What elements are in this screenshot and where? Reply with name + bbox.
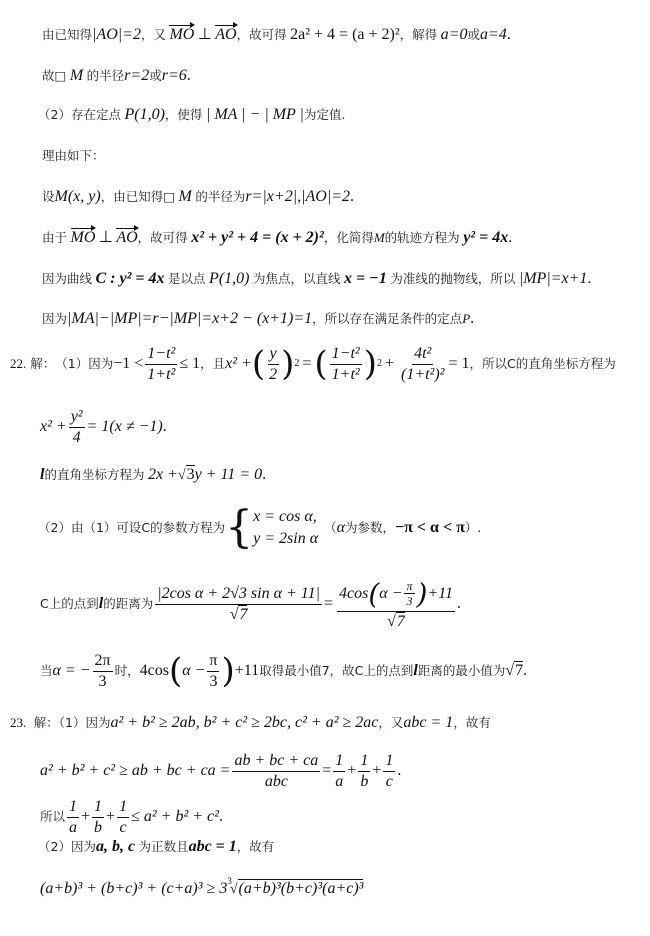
q23-part-2: （2）因为a, b, c 为正数且abc = 1，故有 xyxy=(38,838,274,857)
fraction: 4cos(α −π3)+11 √7 xyxy=(337,577,455,632)
q22-cartesian-equation: x² + y²4 = 1(x ≠ −1). xyxy=(40,405,167,449)
text-line-6: 由于 MO ⊥ AO，故可得 x² + y² + 4 = (x + 2)²，化简… xyxy=(42,229,512,248)
text-line-4: 理由如下： xyxy=(42,147,105,166)
q22-minimum: 当 α = − 2π3 时， 4cos(α − π3)+11 取得最小值7，故C… xyxy=(40,646,527,696)
text-line-8: 因为|MA|−|MP|=r−|MP|=x+2 − (x+1)=1，所以存在满足条… xyxy=(42,310,474,329)
question-number: 23. xyxy=(10,715,26,730)
equation: 2a² + 4 = (a + 2)² xyxy=(290,26,400,43)
parametric-system: x = cos α,y = 2sin α xyxy=(253,506,318,550)
fraction: 1−t²1+t² xyxy=(330,344,362,385)
vector-ao: AO xyxy=(116,229,137,247)
vector-mo: MO xyxy=(169,26,194,44)
missing-glyph-icon: □ xyxy=(55,68,67,83)
text-line-1: 由已知得|AO|=2，又 MO ⊥ AO，故可得 2a² + 4 = (a + … xyxy=(42,26,511,45)
question-number: 22. xyxy=(10,355,26,373)
q22-line-1: 22. 解： （1）因为 −1 < 1−t²1+t² ≤ 1，且 x² + (y… xyxy=(10,334,616,394)
fraction: y²4 xyxy=(69,407,85,448)
text-line-2: 故□ M 的半径r=2或r=6. xyxy=(42,67,191,86)
q22-line-l-equation: l的直角坐标方程为 2x +√3y + 11 = 0. xyxy=(40,466,266,485)
fraction: 4t²(1+t²)² xyxy=(399,344,447,385)
fraction: |2cos α + 2√3 sin α + 11|√7 xyxy=(155,584,322,625)
fraction: ab + bc + caabc xyxy=(232,751,320,792)
vector-ao: AO xyxy=(215,26,236,44)
q23-therefore: 所以 1a+ 1b+ 1c ≤ a² + b² + c². xyxy=(40,796,223,838)
fraction: π3 xyxy=(207,651,219,692)
text-line-3: （2）存在定点 P(1,0)，使得 | MA | − | MP |为定值. xyxy=(38,106,345,125)
fraction: 1c xyxy=(117,797,129,838)
q23-final-inequality: (a+b)³ + (b+c)³ + (c+a)³ ≥ 33√(a+b)³(b+c… xyxy=(40,880,363,899)
fraction: 1b xyxy=(358,751,370,792)
fraction: 1a xyxy=(67,797,79,838)
q23-sum: a² + b² + c² ≥ ab + bc + ca = ab + bc + … xyxy=(40,748,401,794)
fraction: 1−t²1+t² xyxy=(145,344,177,385)
fraction: 1b xyxy=(92,797,104,838)
missing-glyph-icon: □ xyxy=(163,189,175,204)
fraction: 1a xyxy=(333,751,345,792)
fraction: 2π3 xyxy=(93,651,113,692)
q22-part-2: （2）由（1）可设C的参数方程为 { x = cos α,y = 2sin α … xyxy=(38,503,481,553)
vector-mo: MO xyxy=(71,229,96,247)
text-line-7: 因为曲线 C : y² = 4x 是以点 P(1,0) 为焦点，以直线 x = … xyxy=(42,270,591,289)
q22-distance: C上的点到l的距离为 |2cos α + 2√3 sin α + 11|√7 =… xyxy=(40,574,461,634)
fraction: y2 xyxy=(267,344,279,385)
q23-line-1: 23. 解：（1）因为a² + b² ≥ 2ab, b² + c² ≥ 2bc,… xyxy=(10,714,491,733)
fraction: 1c xyxy=(383,751,395,792)
text-line-5: 设M(x, y)，由已知得□ M 的半径为r=|x+2|,|AO|=2. xyxy=(42,188,354,207)
